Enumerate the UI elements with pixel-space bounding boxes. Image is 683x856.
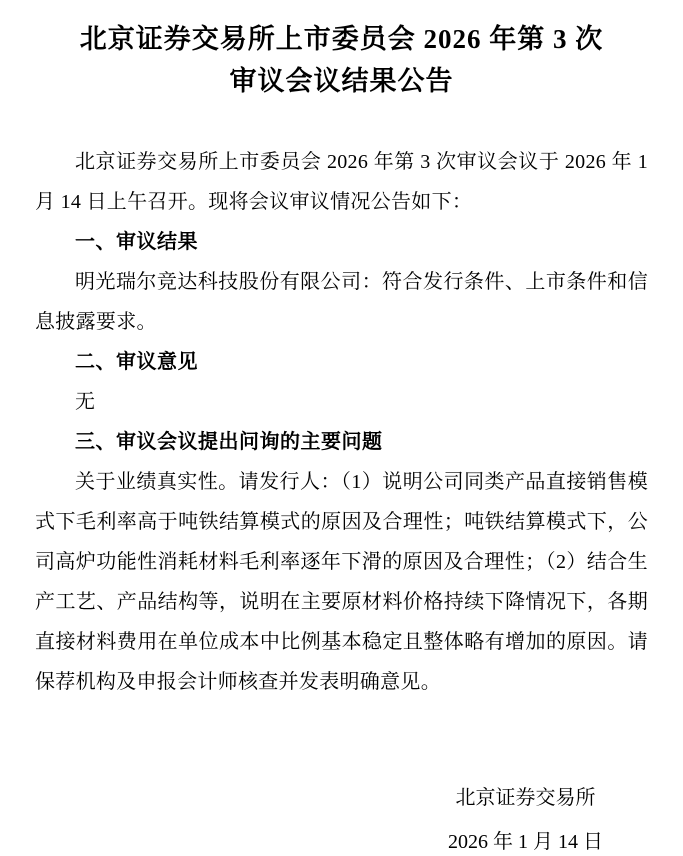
signature-date: 2026 年 1 月 14 日 [448,820,603,856]
section-heading-review-opinion: 二、审议意见 [35,342,648,382]
page-title-line1: 北京证券交易所上市委员会 2026 年第 3 次 [80,24,604,54]
signature-issuer: 北京证券交易所 [448,776,603,820]
document-body: 北京证券交易所上市委员会 2026 年第 3 次审议会议于 2026 年 1 月… [35,142,648,856]
section-heading-review-result: 一、审议结果 [35,222,648,262]
document-page: 北京证券交易所上市委员会 2026 年第 3 次审议会议结果公告 北京证券交易所… [0,0,683,856]
section-body-review-opinion: 无 [35,382,648,422]
intro-paragraph: 北京证券交易所上市委员会 2026 年第 3 次审议会议于 2026 年 1 月… [35,142,648,222]
page-title: 北京证券交易所上市委员会 2026 年第 3 次审议会议结果公告 [35,18,648,102]
section-body-review-result: 明光瑞尔竞达科技股份有限公司：符合发行条件、上市条件和信息披露要求。 [35,262,648,342]
section-body-main-questions: 关于业绩真实性。请发行人：（1）说明公司同类产品直接销售模式下毛利率高于吨铁结算… [35,462,648,702]
page-title-line2: 审议会议结果公告 [230,66,454,96]
signature-block: 北京证券交易所 2026 年 1 月 14 日 [448,776,603,856]
section-heading-main-questions: 三、审议会议提出问询的主要问题 [35,422,648,462]
